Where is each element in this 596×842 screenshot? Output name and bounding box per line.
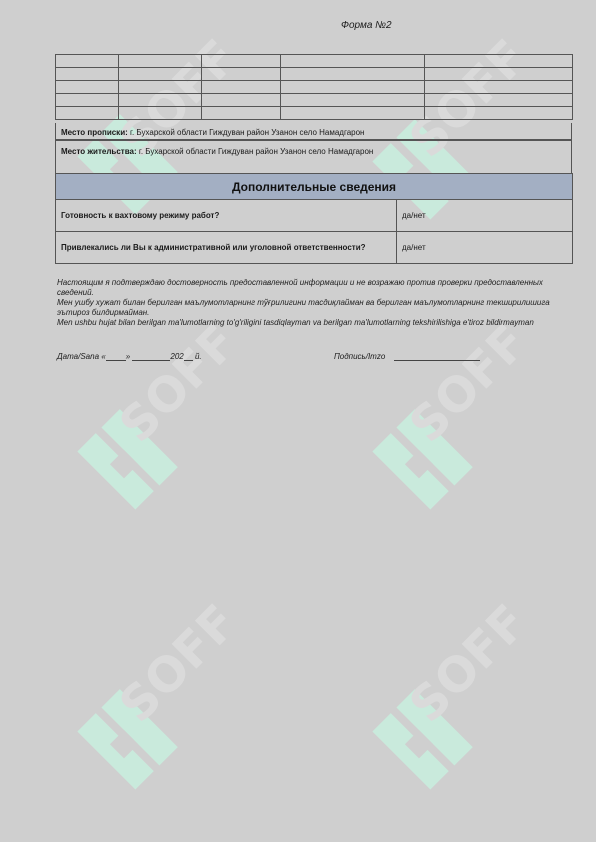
- signature-blank: [394, 360, 480, 361]
- date-label: Дата/Sana «: [57, 352, 106, 361]
- grid-cell: [281, 55, 425, 68]
- declaration: Настоящим я подтверждаю достоверность пр…: [57, 278, 572, 328]
- year-suffix: й.: [195, 352, 202, 361]
- answer-cell: да/нет: [397, 200, 573, 232]
- declaration-uz-latin: Men ushbu hujat bilan berilgan ma'lumotl…: [57, 318, 572, 328]
- question-cell: Привлекались ли Вы к административной ил…: [56, 232, 397, 264]
- grid-cell: [281, 68, 425, 81]
- date-quote: »: [126, 352, 130, 361]
- svg-text:SOFF: SOFF: [399, 594, 538, 733]
- grid-cell: [119, 55, 202, 68]
- declaration-ru: Настоящим я подтверждаю достоверность пр…: [57, 278, 572, 298]
- month-blank: [132, 360, 170, 361]
- day-blank: [106, 360, 126, 361]
- table-row: Привлекались ли Вы к административной ил…: [56, 232, 573, 264]
- table-row: Готовность к вахтовому режиму работ? да/…: [56, 200, 573, 232]
- grid-cell: [202, 107, 281, 120]
- grid-cell: [425, 107, 573, 120]
- grid-cell: [119, 81, 202, 94]
- svg-text:SOFF: SOFF: [109, 594, 248, 733]
- grid-cell: [202, 81, 281, 94]
- grid-cell: [281, 94, 425, 107]
- signature-field: Подпись/Imzo: [334, 352, 480, 361]
- grid-cell: [56, 68, 119, 81]
- grid-cell: [119, 94, 202, 107]
- grid-cell: [202, 68, 281, 81]
- grid-cell: [425, 94, 573, 107]
- year-prefix: 202: [170, 352, 183, 361]
- registration-address: Место прописки: г. Бухарской области Гиж…: [55, 123, 572, 140]
- residence-address: Место жительства: г. Бухарской области Г…: [55, 140, 572, 174]
- grid-cell: [56, 55, 119, 68]
- grid-cell: [56, 107, 119, 120]
- grid-row: [56, 68, 573, 81]
- grid-row: [56, 107, 573, 120]
- svg-text:SOFF: SOFF: [399, 314, 538, 453]
- grid-cell: [56, 81, 119, 94]
- grid-cell: [119, 107, 202, 120]
- form-title: Форма №2: [341, 20, 392, 31]
- grid-cell: [119, 68, 202, 81]
- registration-label: Место прописки:: [61, 128, 128, 137]
- declaration-uz-cyrillic: Мен ушбу хужат билан берилган маълумотла…: [57, 298, 572, 318]
- svg-text:SOFF: SOFF: [109, 314, 248, 453]
- registration-value: г. Бухарской области Гиждуван район Узан…: [130, 128, 364, 137]
- answer-cell: да/нет: [397, 232, 573, 264]
- additional-info-header: Дополнительные сведения: [56, 174, 573, 200]
- grid-cell: [281, 107, 425, 120]
- grid-cell: [425, 55, 573, 68]
- grid-row: [56, 94, 573, 107]
- personal-data-grid: [55, 54, 573, 120]
- grid-row: [56, 55, 573, 68]
- grid-row: [56, 81, 573, 94]
- grid-cell: [56, 94, 119, 107]
- grid-cell: [425, 81, 573, 94]
- grid-cell: [202, 94, 281, 107]
- grid-cell: [202, 55, 281, 68]
- question-cell: Готовность к вахтовому режиму работ?: [56, 200, 397, 232]
- date-field: Дата/Sana «» 202 й.: [57, 352, 202, 361]
- year-blank: [184, 360, 193, 361]
- grid-cell: [425, 68, 573, 81]
- signature-label: Подпись/Imzo: [334, 352, 385, 361]
- additional-info-table: Дополнительные сведения Готовность к вах…: [55, 173, 573, 264]
- grid-cell: [281, 81, 425, 94]
- residence-value: г. Бухарской области Гиждуван район Узан…: [139, 147, 373, 156]
- residence-label: Место жительства:: [61, 147, 137, 156]
